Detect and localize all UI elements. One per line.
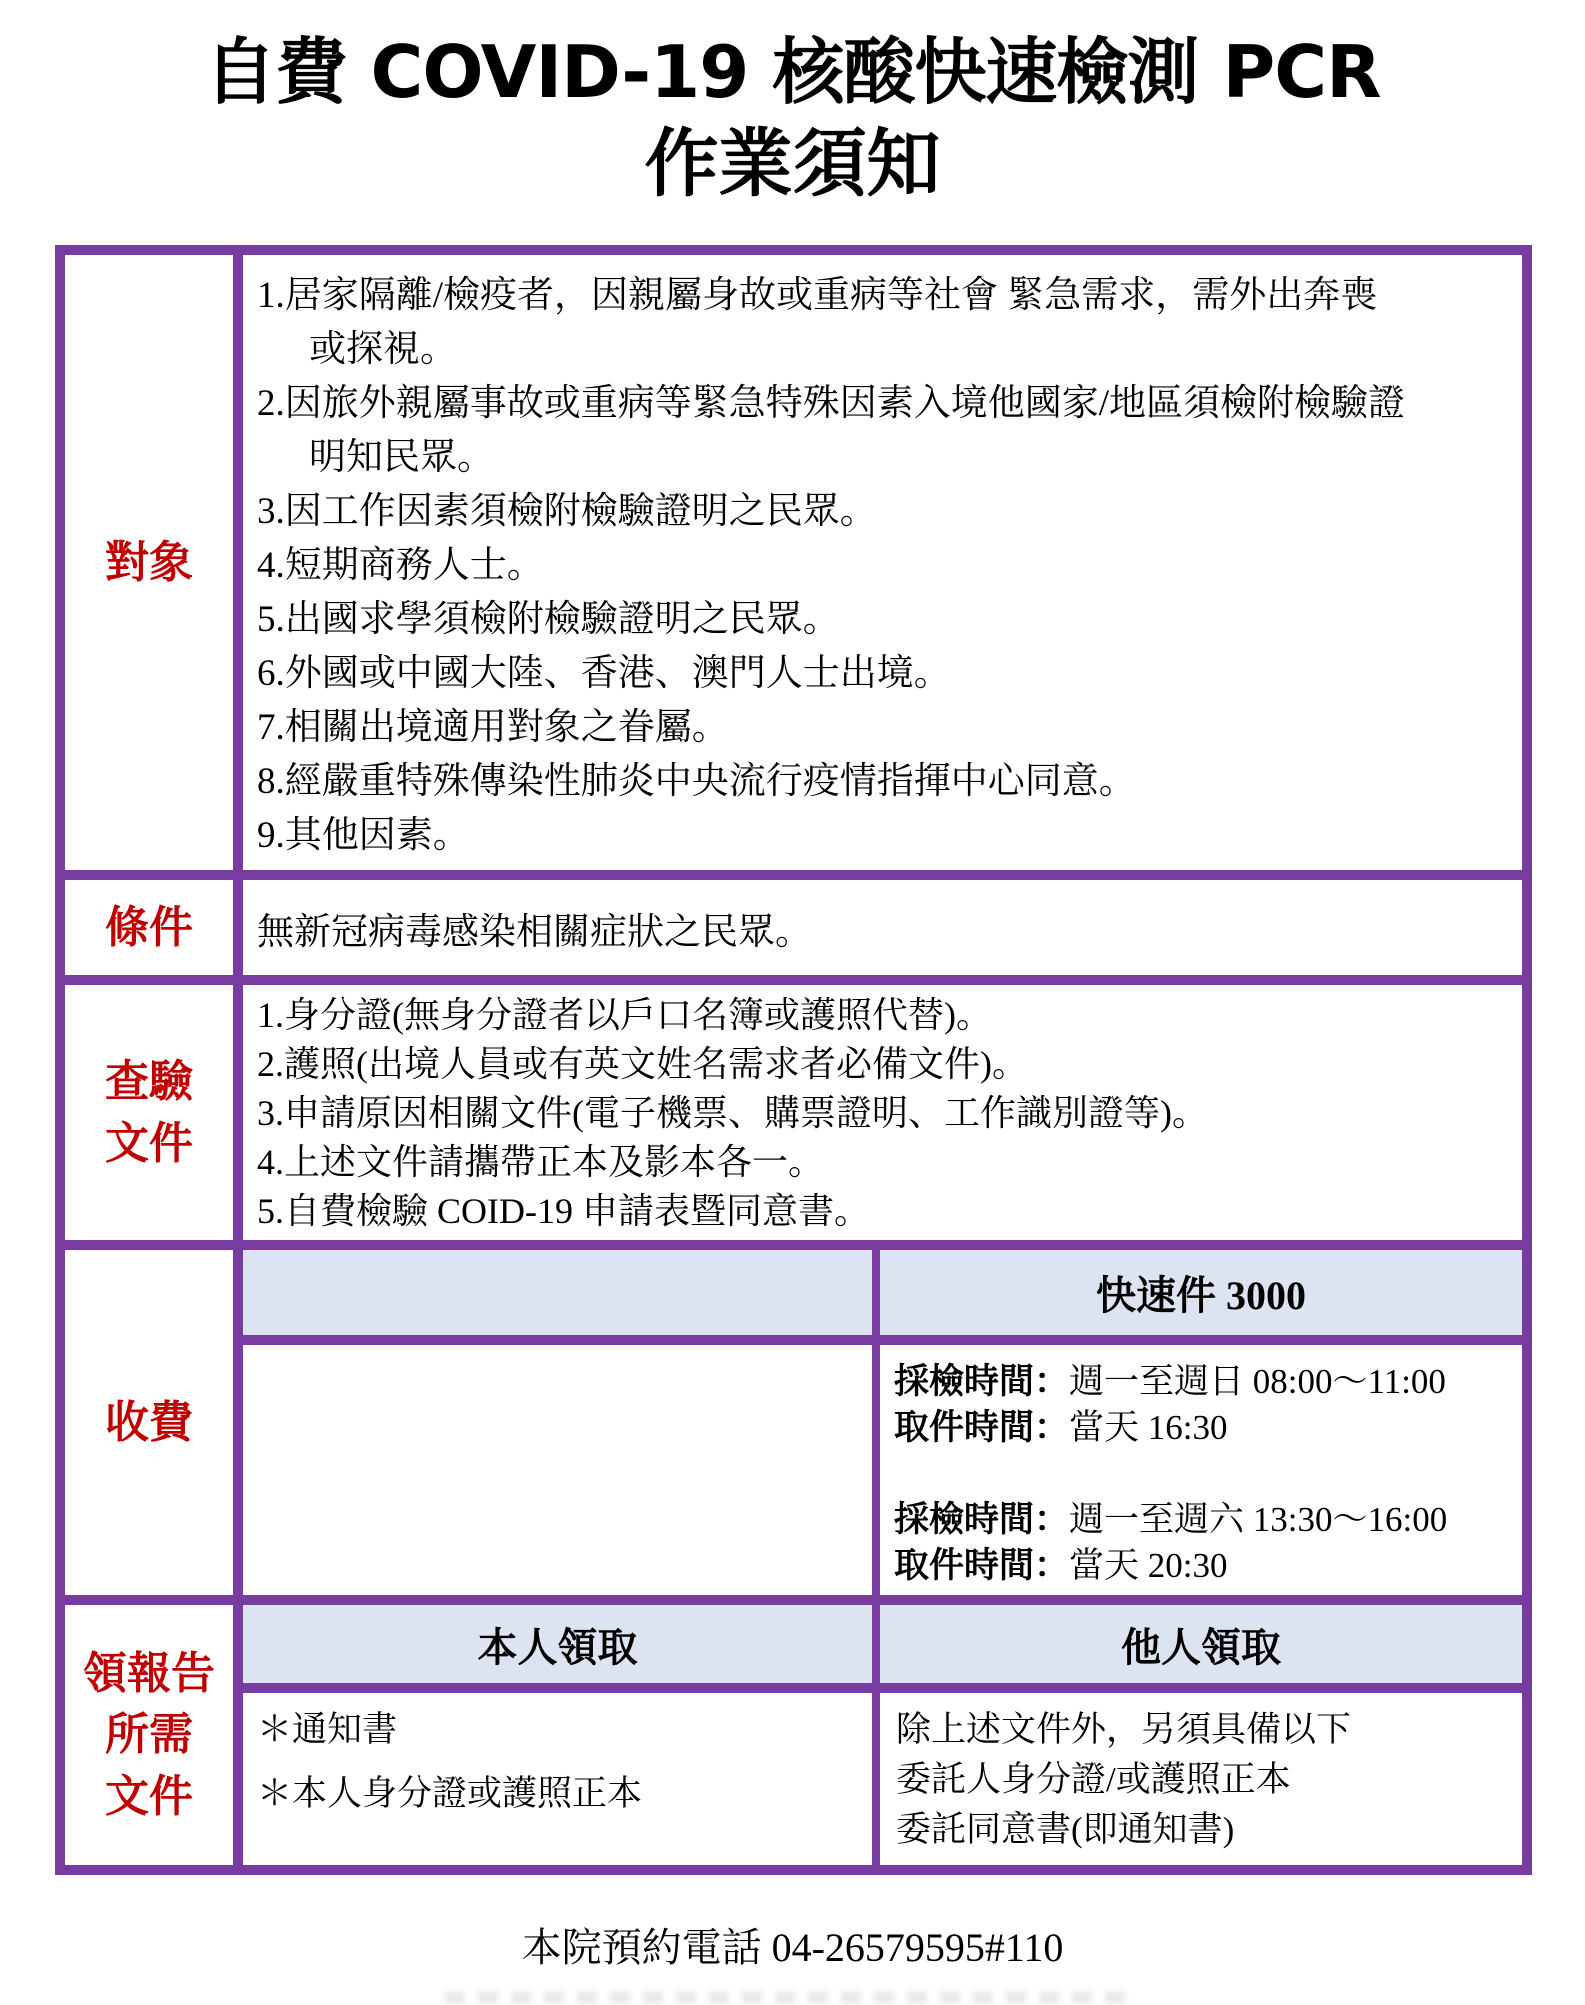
row-documents: 查驗 文件 1.身分證(無身分證者以戶口名簿或護照代替)。2.護照(出境人員或有… [65,985,1522,1250]
list-item: 2.因旅外親屬事故或重病等緊急特殊因素入境他國家/地區須檢附檢驗證 明知民眾。 [257,377,1510,485]
fees-schedule: 採檢時間：週一至週日 08:00～11:00取件時間：當天 16:30採檢時間：… [880,1345,1522,1595]
report-self-list: ＊通知書＊本人身分證或護照正本 [243,1693,880,1865]
list-item: ＊本人身分證或護照正本 [257,1769,866,1819]
report-header: 本人領取 他人領取 [243,1605,1522,1693]
document-title: 自費 COVID-19 核酸快速檢測 PCR 作業須知 [0,26,1585,206]
row-label-condition: 條件 [65,880,243,975]
list-item: 7.相關出境適用對象之眷屬。 [257,701,1510,755]
list-item: 2.護照(出境人員或有英文姓名需求者必備文件)。 [257,1040,1510,1089]
fast-service-fee: 快速件 3000 [880,1250,1522,1335]
list-item: ＊通知書 [257,1705,866,1755]
title-line-2: 作業須知 [0,122,1585,206]
documents-list: 1.身分證(無身分證者以戶口名簿或護照代替)。2.護照(出境人員或有英文姓名需求… [243,985,1522,1240]
list-item: 除上述文件外，另須具備以下 [896,1705,1516,1755]
list-item: 採檢時間：週一至週日 08:00～11:00 [894,1359,1516,1405]
condition-text: 無新冠病毒感染相關症狀之民眾。 [243,880,1522,975]
fees-body: 採檢時間：週一至週日 08:00～11:00取件時間：當天 16:30採檢時間：… [243,1345,1522,1595]
document-page: 自費 COVID-19 核酸快速檢測 PCR 作業須知 對象 1.居家隔離/檢疫… [0,0,1585,2005]
subjects-list: 1.居家隔離/檢疫者，因親屬身故或重病等社會 緊急需求，需外出奔喪 或探視。2.… [243,255,1522,870]
list-item: 委託同意書(即通知書) [896,1805,1516,1855]
list-item: 3.申請原因相關文件(電子機票、購票證明、工作識別證等)。 [257,1089,1510,1138]
row-label-documents: 查驗 文件 [65,985,243,1240]
cutoff-faint-text [445,1991,1135,2004]
list-item [894,1451,1516,1497]
list-item: 4.短期商務人士。 [257,539,1510,593]
list-item: 5.出國求學須檢附檢驗證明之民眾。 [257,593,1510,647]
fees-header-left-cell [243,1250,880,1335]
reservation-phone: 本院預約電話 04-26579595#110 [0,1916,1585,1973]
list-item: 9.其他因素。 [257,809,1510,863]
list-item: 3.因工作因素須檢附檢驗證明之民眾。 [257,485,1510,539]
report-subtable: 本人領取 他人領取 ＊通知書＊本人身分證或護照正本 除上述文件外，另須具備以下委… [243,1605,1522,1865]
list-item: 取件時間：當天 20:30 [894,1543,1516,1589]
list-item: 取件時間：當天 16:30 [894,1405,1516,1451]
report-header-other: 他人領取 [880,1605,1522,1683]
row-report: 領報告 所需 文件 本人領取 他人領取 ＊通知書＊本人身分證或護照正本 除上述文… [65,1605,1522,1865]
row-label-subjects: 對象 [65,255,243,870]
fees-subtable: 快速件 3000 採檢時間：週一至週日 08:00～11:00取件時間：當天 1… [243,1250,1522,1595]
title-line-1: 自費 COVID-19 核酸快速檢測 PCR [0,26,1585,118]
list-item: 1.居家隔離/檢疫者，因親屬身故或重病等社會 緊急需求，需外出奔喪 或探視。 [257,269,1510,377]
list-item: 4.上述文件請攜帶正本及影本各一。 [257,1138,1510,1187]
list-item: 委託人身分證/或護照正本 [896,1755,1516,1805]
report-body: ＊通知書＊本人身分證或護照正本 除上述文件外，另須具備以下委託人身分證/或護照正… [243,1693,1522,1865]
list-item: 8.經嚴重特殊傳染性肺炎中央流行疫情指揮中心同意。 [257,755,1510,809]
report-header-self: 本人領取 [243,1605,880,1683]
list-item: 6.外國或中國大陸、香港、澳門人士出境。 [257,647,1510,701]
fees-header: 快速件 3000 [243,1250,1522,1345]
row-fees: 收費 快速件 3000 採檢時間：週一至週日 08:00～11:00取件時間：當… [65,1250,1522,1605]
row-label-fees: 收費 [65,1250,243,1595]
row-subjects: 對象 1.居家隔離/檢疫者，因親屬身故或重病等社會 緊急需求，需外出奔喪 或探視… [65,255,1522,880]
list-item: 5.自費檢驗 COID-19 申請表暨同意書。 [257,1187,1510,1236]
info-table: 對象 1.居家隔離/檢疫者，因親屬身故或重病等社會 緊急需求，需外出奔喪 或探視… [55,245,1532,1875]
list-item: 1.身分證(無身分證者以戶口名簿或護照代替)。 [257,991,1510,1040]
row-condition: 條件 無新冠病毒感染相關症狀之民眾。 [65,880,1522,985]
report-other-list: 除上述文件外，另須具備以下委託人身分證/或護照正本委託同意書(即通知書) [880,1693,1522,1865]
list-item: 採檢時間：週一至週六 13:30～16:00 [894,1497,1516,1543]
row-label-report: 領報告 所需 文件 [65,1605,243,1865]
fees-body-left-cell [243,1345,880,1595]
